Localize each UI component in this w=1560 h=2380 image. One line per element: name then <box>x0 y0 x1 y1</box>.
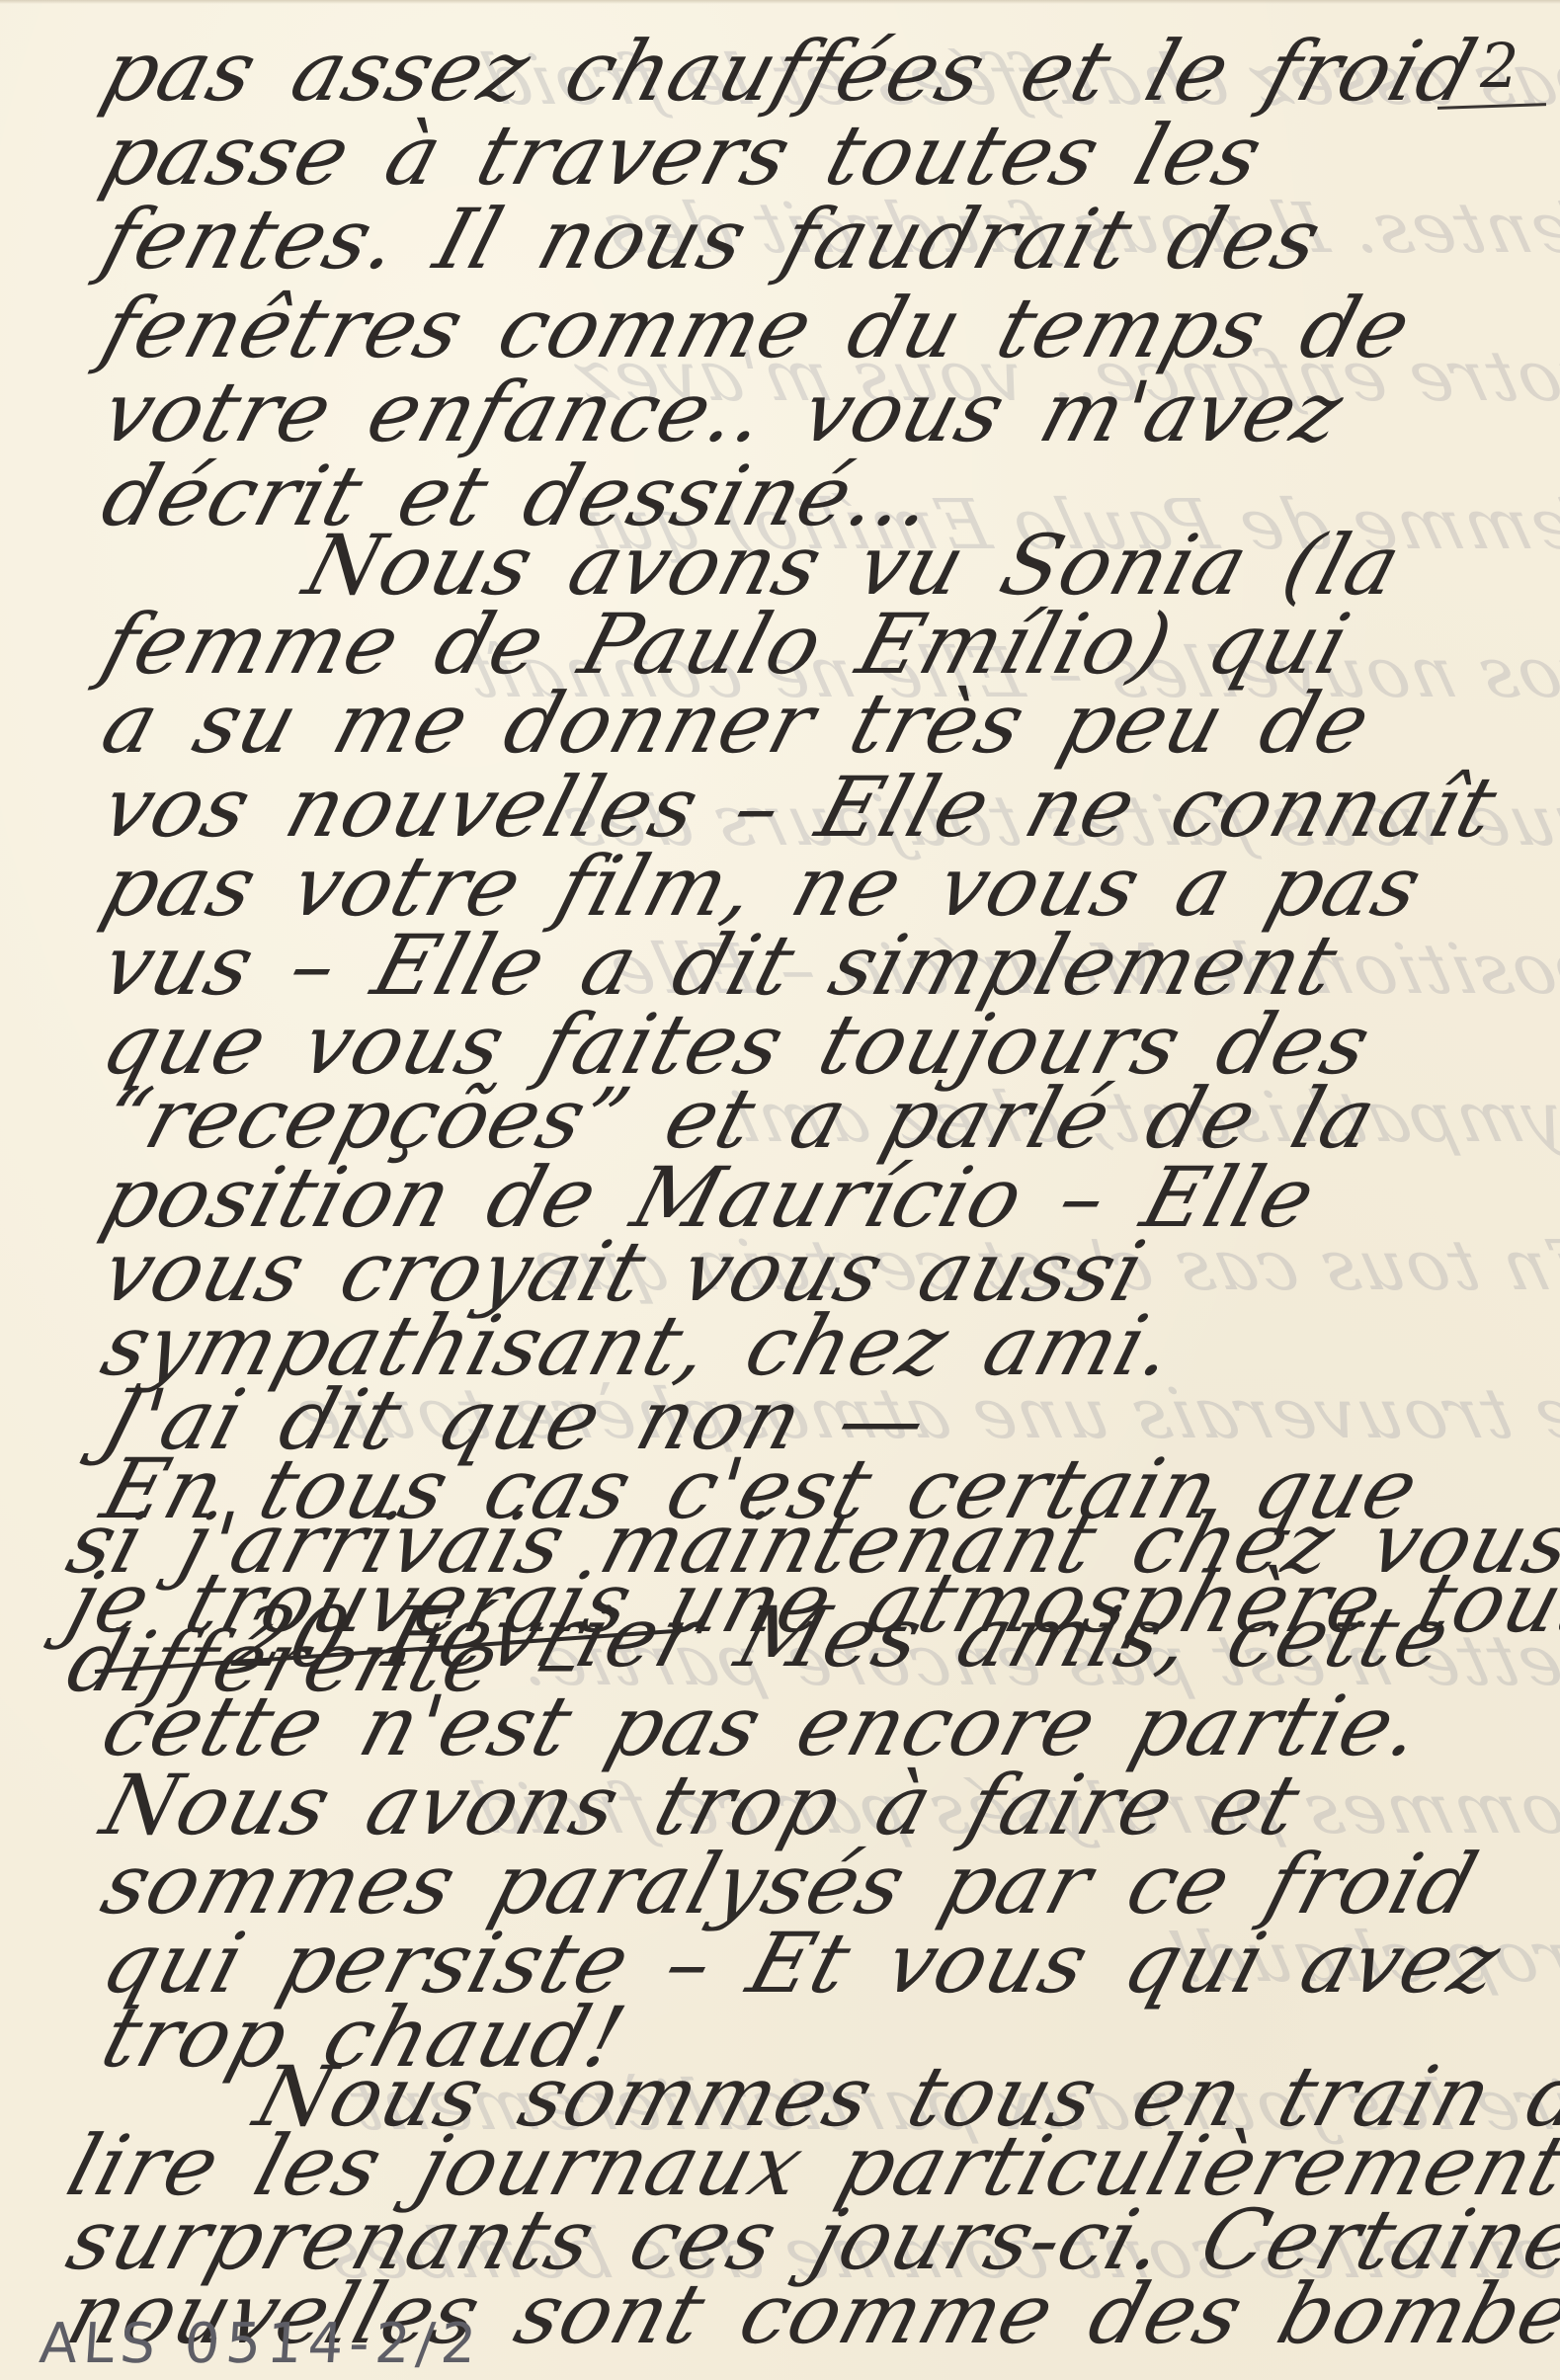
letter-line: pas assez chauffées et le froid <box>94 30 1485 113</box>
letter-line: votre enfance.. vous m'avez <box>94 370 1353 453</box>
letter-line: passe à travers toutes les <box>94 114 1272 197</box>
letter-line: Nous avons trop à faire et <box>94 1764 1309 1847</box>
date-heading-line: 20 Février Mes amis, cette <box>227 1596 1459 1679</box>
letter-page: pas assez chauffées et le froid fentes. … <box>0 0 1560 2380</box>
letter-line: fentes. Il nous faudrait des <box>94 198 1330 281</box>
letter-line: cette n'est pas encore partie. <box>94 1684 1432 1767</box>
letter-line: “recepções” et a parlé de la <box>94 1077 1385 1160</box>
letter-line: a su me donner très peu de <box>94 682 1379 765</box>
letter-line: fenêtres comme du temps de <box>94 287 1420 369</box>
letter-line: vus – Elle a dit simplement <box>94 924 1347 1007</box>
archive-reference: ALS 0514-2/2 <box>38 2312 484 2376</box>
letter-line: pas votre film, ne vous a pas <box>94 845 1431 928</box>
letter-line: femme de Paulo Emílio) qui <box>94 603 1358 686</box>
letter-line: Nous avons vu Sonia (la <box>296 524 1410 607</box>
letter-body: pas assez chauffées et le froid passe à … <box>0 0 1560 2380</box>
letter-line: sommes paralysés par ce froid <box>94 1843 1486 1926</box>
letter-line: vos nouvelles – Elle ne connaît <box>94 766 1506 849</box>
